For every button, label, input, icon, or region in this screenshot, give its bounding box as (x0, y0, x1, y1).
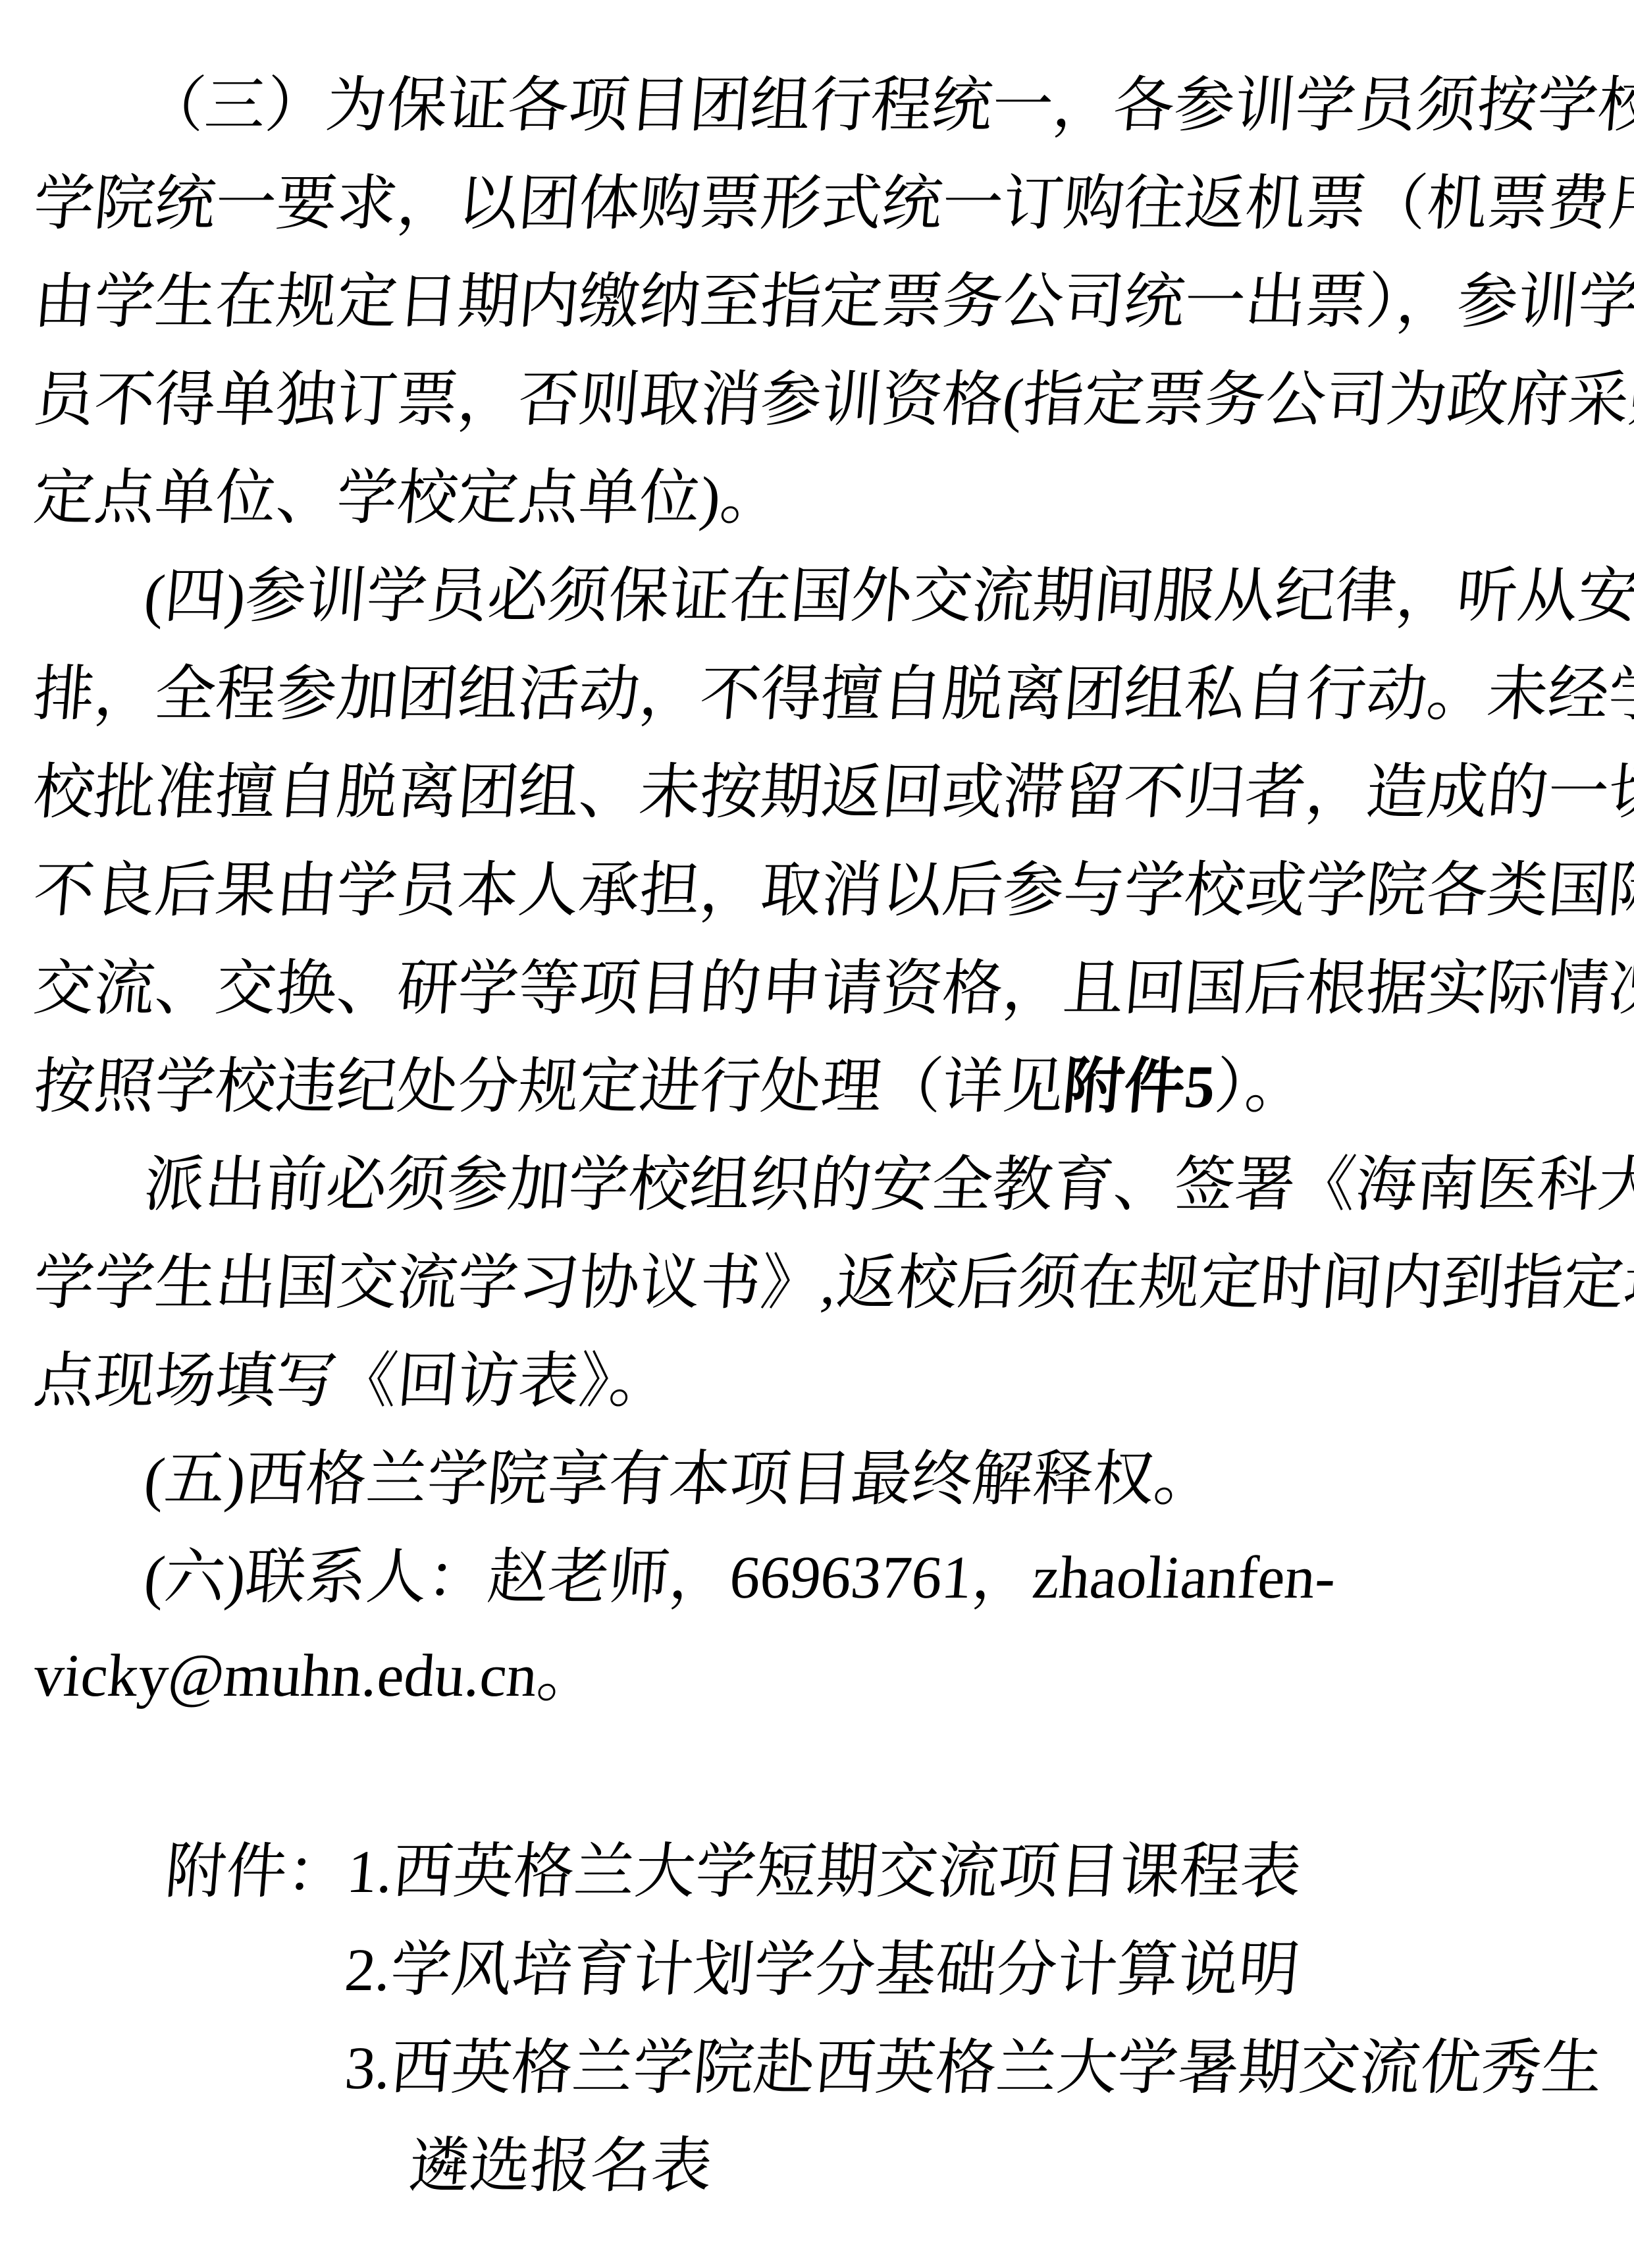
document-page: （三）为保证各项目团组行程统一，各参训学员须按学校学院统一要求，以团体购票形式统… (0, 0, 1634, 2268)
text-line: 2.学风培育计划学分基础分计算说明 (30, 1921, 1623, 2019)
text-run: 学院统一要求，以团体购票形式统一订购往返机票（机票费用 (31, 170, 1634, 237)
text-line: 按照学校违纪处分规定进行处理（详见附件5）。 (30, 1038, 1623, 1136)
text-run: 学学生出国交流学习协议书》,返校后须在规定时间内到指定地 (31, 1249, 1634, 1316)
text-run: 点现场填写《回访表》。 (31, 1347, 673, 1415)
text-run: 校批准擅自脱离团组、未按期返回或滞留不归者，造成的一切 (31, 759, 1634, 826)
text-run: ）。 (1212, 1053, 1309, 1120)
text-line: 派出前必须参加学校组织的安全教育、签署《海南医科大 (30, 1136, 1623, 1234)
text-line: 3.西英格兰学院赴西英格兰大学暑期交流优秀生 (30, 2019, 1623, 2117)
text-line: (五)西格兰学院享有本项目最终解释权。 (30, 1430, 1623, 1528)
text-line: （三）为保证各项目团组行程统一，各参训学员须按学校 (30, 57, 1623, 155)
text-run: 员不得单独订票，否则取消参训资格(指定票务公司为政府采购 (31, 366, 1634, 433)
text-run: （三）为保证各项目团组行程统一，各参训学员须按学校 (142, 72, 1634, 139)
text-line: 学院统一要求，以团体购票形式统一订购往返机票（机票费用 (30, 155, 1623, 253)
text-line: 附件：1.西英格兰大学短期交流项目课程表 (30, 1823, 1623, 1921)
bold-text-run: 附件5 (1061, 1053, 1218, 1120)
text-run: (四)参训学员必须保证在国外交流期间服从纪律，听从安 (142, 562, 1634, 630)
text-run: 排，全程参加团组活动，不得擅自脱离团组私自行动。未经学 (31, 661, 1634, 728)
document-text-block: （三）为保证各项目团组行程统一，各参训学员须按学校学院统一要求，以团体购票形式统… (30, 57, 1614, 2215)
text-line: (四)参训学员必须保证在国外交流期间服从纪律，听从安 (30, 547, 1623, 645)
text-run: 由学生在规定日期内缴纳至指定票务公司统一出票），参训学 (31, 268, 1634, 335)
text-run: 定点单位、学校定点单位)。 (31, 464, 784, 531)
text-line: 定点单位、学校定点单位)。 (30, 449, 1623, 547)
text-line: 学学生出国交流学习协议书》,返校后须在规定时间内到指定地 (30, 1234, 1623, 1332)
text-line: 不良后果由学员本人承担，取消以后参与学校或学院各类国际 (30, 842, 1623, 940)
text-run: 交流、交换、研学等项目的申请资格，且回国后根据实际情况， (31, 955, 1634, 1022)
blank-line (30, 1725, 1623, 1823)
text-line: 交流、交换、研学等项目的申请资格，且回国后根据实际情况， (30, 940, 1623, 1038)
text-run: 按照学校违纪处分规定进行处理（详见 (31, 1053, 1067, 1120)
text-line: 员不得单独订票，否则取消参训资格(指定票务公司为政府采购 (30, 351, 1623, 449)
text-line: vicky@muhn.edu.cn。 (30, 1627, 1623, 1725)
text-line: 由学生在规定日期内缴纳至指定票务公司统一出票），参训学 (30, 253, 1623, 351)
text-line: 点现场填写《回访表》。 (30, 1332, 1623, 1430)
text-line: 校批准擅自脱离团组、未按期返回或滞留不归者，造成的一切 (30, 743, 1623, 842)
text-line: 排，全程参加团组活动，不得擅自脱离团组私自行动。未经学 (30, 645, 1623, 743)
text-run: 遴选报名表 (406, 2132, 715, 2200)
text-run: (六)联系人：赵老师，66963761，zhaolianfen- (142, 1544, 1338, 1611)
text-run: (五)西格兰学院享有本项目最终解释权。 (142, 1445, 1217, 1513)
text-run: vicky@muhn.edu.cn。 (31, 1642, 600, 1709)
text-run: 附件：1.西英格兰大学短期交流项目课程表 (163, 1838, 1304, 1905)
text-run: 不良后果由学员本人承担，取消以后参与学校或学院各类国际 (31, 857, 1634, 924)
text-line: (六)联系人：赵老师，66963761，zhaolianfen- (30, 1528, 1623, 1627)
text-run: 2.学风培育计划学分基础分计算说明 (342, 1936, 1302, 2003)
text-line: 遴选报名表 (30, 2117, 1623, 2215)
text-run: 派出前必须参加学校组织的安全教育、签署《海南医科大 (142, 1151, 1634, 1218)
text-run: 3.西英格兰学院赴西英格兰大学暑期交流优秀生 (342, 2034, 1605, 2101)
